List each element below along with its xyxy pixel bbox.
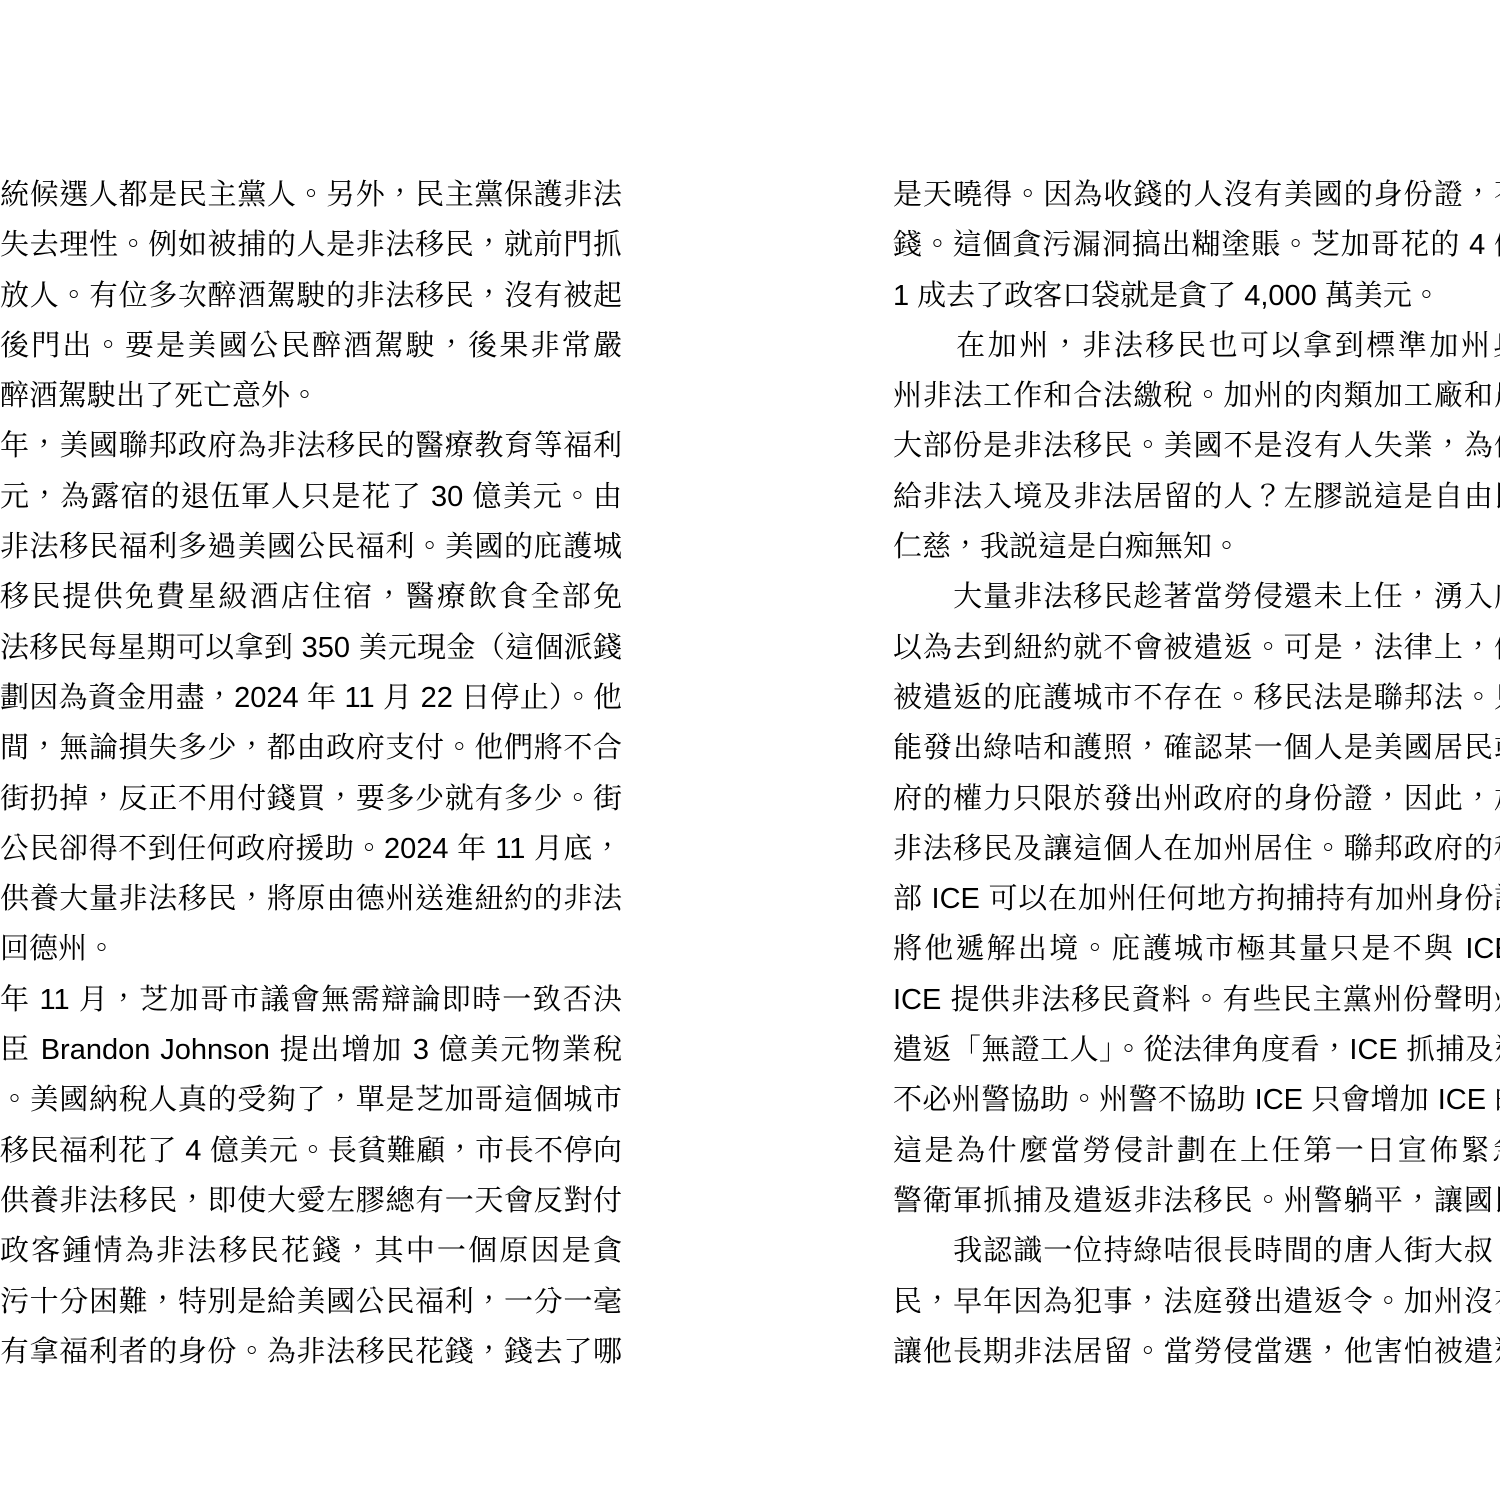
text-line: 公民卻得不到任何政府援助。2024 年 11 月底，紐約 [0, 824, 622, 874]
text-line: 臣 Brandon Johnson 提出增加 3 億美元物業稅支付非法 [0, 1025, 622, 1075]
text-line: 大部份是非法移民。美國不是沒有人失業，為何將工 [893, 421, 1500, 471]
text-line: 供養非法移民，即使大愛左膠總有一天會反對付錢。 [0, 1176, 622, 1226]
text-line: 非法移民及讓這個人在加州居住。聯邦政府的移民及 [893, 824, 1500, 874]
text-line: ICE 提供非法移民資料。有些民主黨州份聲明州警不會 [893, 975, 1500, 1025]
text-line: 民，早年因為犯事，法庭發出遣返令。加州沒有執行 [893, 1277, 1500, 1327]
text-line: 非法移民福利多過美國公民福利。美國的庇護城市紐 [0, 522, 622, 572]
text-line: 仁慈，我説這是白痴無知。 [893, 522, 1500, 572]
text-line: 讓他長期非法居留。當勞侵當選，他害怕被遣返，找 [893, 1327, 1500, 1377]
text-line: 醉酒駕駛出了死亡意外。 [0, 371, 622, 421]
text-line: 這是為什麼當勞侵計劃在上任第一日宣佈緊急狀態， [893, 1126, 1500, 1176]
text-line: 污十分困難，特別是給美國公民福利，一分一毫花費 [0, 1277, 622, 1327]
text-line: 能發出綠咭和護照，確認某一個人是美國居民或者公 [893, 723, 1500, 773]
text-line: 遣返「無證工人」。從法律角度看，ICE 抓捕及遣返 [893, 1025, 1500, 1075]
text-line: 元，為露宿的退伍軍人只是花了 30 億美元。由此可見， [0, 472, 622, 522]
text-line: 部 ICE 可以在加州任何地方拘捕持有加州身份證的非 [893, 874, 1500, 924]
text-line: 以為去到紐約就不會被遣返。可是，法律上，保護非 [893, 623, 1500, 673]
text-column-left: 統候選人都是民主黨人。另外，民主黨保護非法移民失去理性。例如被捕的人是非法移民，… [0, 170, 622, 1377]
text-line: 供養大量非法移民，將原由德州送進紐約的非法移民 [0, 874, 622, 924]
text-line: 移民福利花了 4 億美元。長貧難顧，市長不停向納稅 [0, 1126, 622, 1176]
text-line: 1 成去了政客口袋就是貪了 4,000 萬美元。 [893, 271, 1500, 321]
document-body: { "document": { "background": "#ffffff",… [0, 0, 1500, 1500]
text-line: 在加州，非法移民也可以拿到標準加州身份證， [893, 321, 1500, 371]
text-line: 警衛軍抓捕及遣返非法移民。州警躺平，讓國民警衛軍 [893, 1176, 1500, 1226]
text-line: 統候選人都是民主黨人。另外，民主黨保護非法移民 [0, 170, 622, 220]
text-line: 政客鍾情為非法移民花錢，其中一個原因是貪污。美 [0, 1226, 622, 1276]
text-line: 被遣返的庇護城市不存在。移民法是聯邦法。只有聯 [893, 673, 1500, 723]
text-line: 放人。有位多次醉酒駕駛的非法移民，沒有被起訴， [0, 271, 622, 321]
text-line: 回德州。 [0, 924, 622, 974]
text-line: 府的權力只限於發出州政府的身份證，因此，加州發 [893, 774, 1500, 824]
text-line: 不必州警協助。州警不協助 ICE 只會增加 ICE 的工作 [893, 1075, 1500, 1125]
text-line: 法移民每星期可以拿到 350 美元現金（這個派錢給非 [0, 623, 622, 673]
text-line: 給非法入境及非法居留的人？左膠説這是自由民主法 [893, 472, 1500, 522]
text-line: 年，美國聯邦政府為非法移民的醫療教育等福利花了 [0, 421, 622, 471]
text-line: 錢。這個貪污漏洞搞出糊塗賬。芝加哥花的 4 億美元 [893, 220, 1500, 270]
text-line: 州非法工作和合法繳稅。加州的肉類加工廠和農場工 [893, 371, 1500, 421]
document-page: 統候選人都是民主黨人。另外，民主黨保護非法移民失去理性。例如被捕的人是非法移民，… [0, 0, 1500, 1500]
text-line: 我認識一位持綠咭很長時間的唐人街大叔。他不 [893, 1226, 1500, 1276]
text-line: 失去理性。例如被捕的人是非法移民，就前門抓進警 [0, 220, 622, 270]
text-line: 間，無論損失多少，都由政府支付。他們將不合口味 [0, 723, 622, 773]
text-line: 有拿福利者的身份。為非法移民花錢，錢去了哪裡卻 [0, 1327, 622, 1377]
text-line: 大量非法移民趁著當勞侵還未上任，湧入庇護城 [893, 572, 1500, 622]
text-line: 年 11 月，芝加哥市議會無需辯論即時一致否決市長 [0, 975, 622, 1025]
text-line: 是天曉得。因為收錢的人沒有美國的身份證，不知道 [893, 170, 1500, 220]
text-line: 。美國納稅人真的受夠了，單是芝加哥這個城市 2024 [0, 1075, 622, 1125]
text-line: 移民提供免費星級酒店住宿，醫療飲食全部免費。4 [0, 572, 622, 622]
text-column-right: 是天曉得。因為收錢的人沒有美國的身份證，不知道錢。這個貪污漏洞搞出糊塗賬。芝加哥… [893, 170, 1500, 1377]
text-line: 劃因為資金用盡，2024 年 11 月 22 日停止）。他們破 [0, 673, 622, 723]
text-line: 將他遞解出境。庇護城市極其量只是不與 ICE 合作， [893, 924, 1500, 974]
text-line: 後門出。要是美國公民醉酒駕駛，後果非常嚴重。最 [0, 321, 622, 371]
text-line: 街扔掉，反正不用付錢買，要多少就有多少。街上露 [0, 774, 622, 824]
